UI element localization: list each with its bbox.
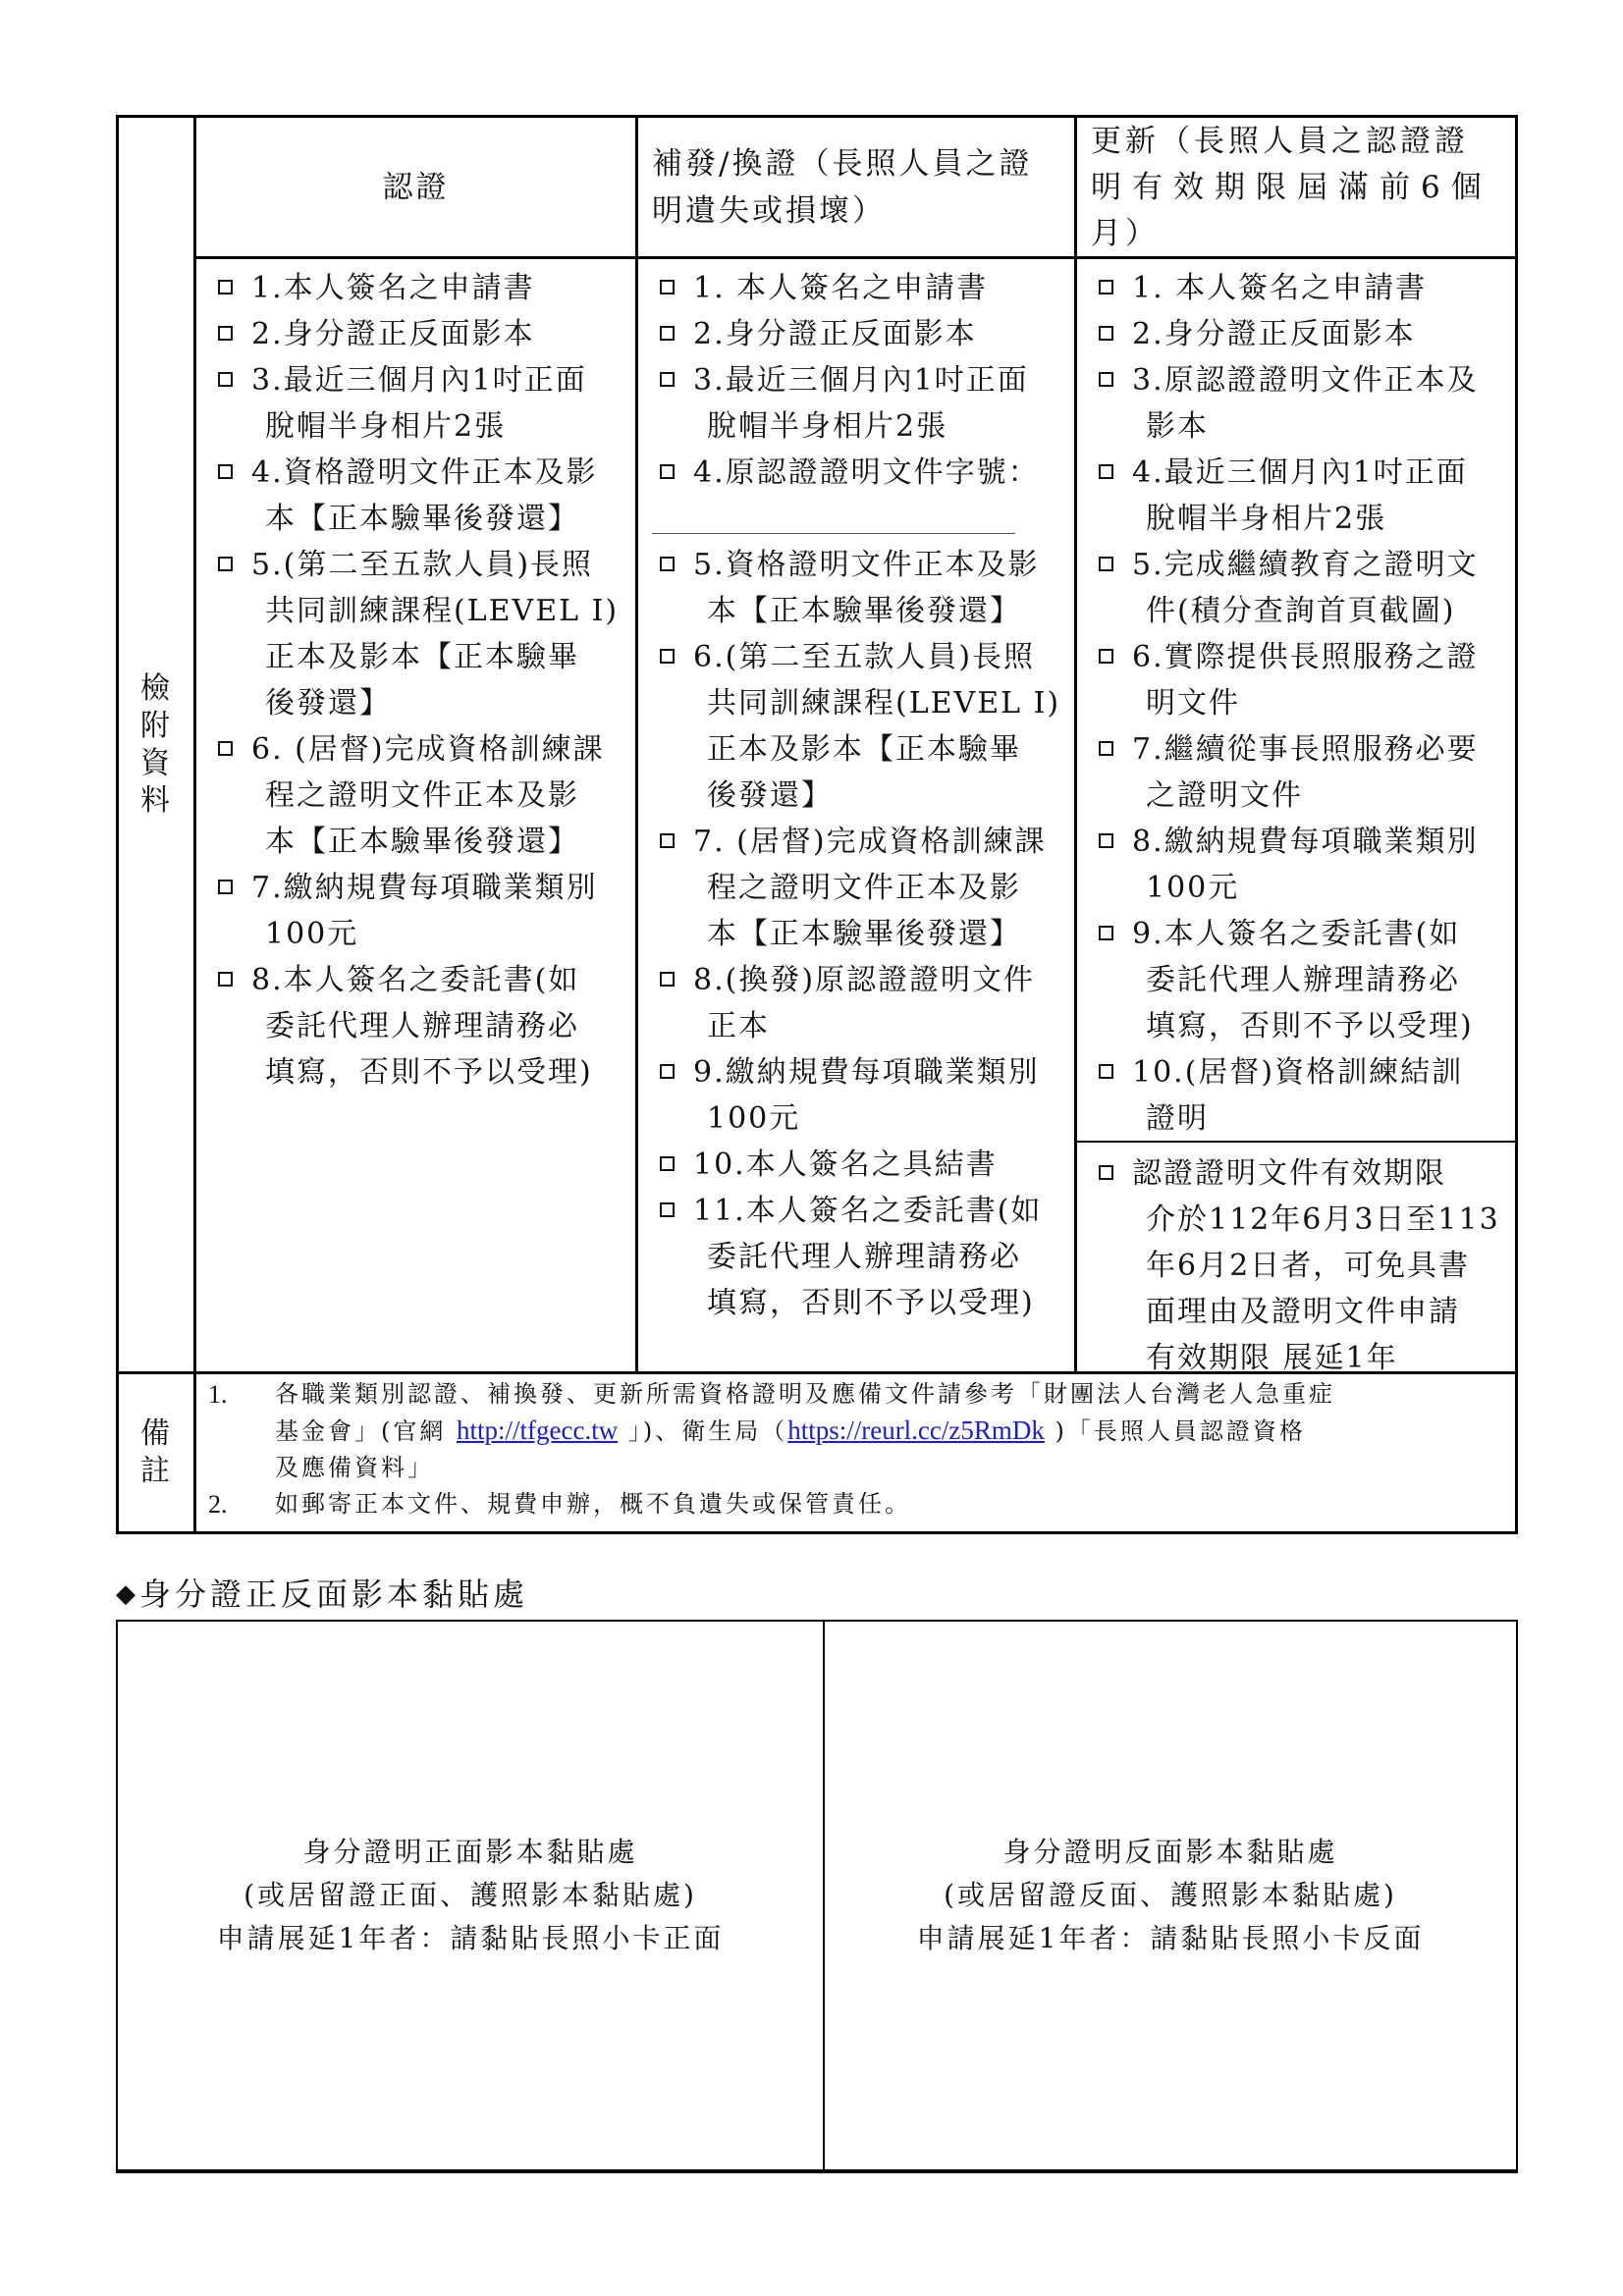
checkbox-icon[interactable] bbox=[1099, 372, 1113, 387]
checklist-item: 8.本人簽名之委託書(如委託代理人辦理請務必填寫，否則不予以受理) bbox=[210, 957, 622, 1095]
certification-checklist: 1.本人簽名之申請書 2.身分證正反面影本 3.最近三個月內1吋正面脫帽半身相片… bbox=[196, 259, 635, 1095]
checklist-item: 3.最近三個月內1吋正面脫帽半身相片2張 bbox=[652, 357, 1060, 450]
header-renewal: 更新（長照人員之認證證 明有效期限屆滿前6個 月） bbox=[1077, 118, 1518, 257]
paste-instruction: (或居留證反面、護照影本黏貼處) bbox=[944, 1874, 1397, 1917]
checklist-item: 5.資格證明文件正本及影本【正本驗畢後發還】 bbox=[652, 542, 1060, 634]
checklist-item: 認證證明文件有效期限介於112年6月3日至113年6月2日者，可免具書面理由及證… bbox=[1091, 1150, 1504, 1381]
checklist-item: 8.(換發)原認證證明文件正本 bbox=[652, 957, 1060, 1049]
checkbox-icon[interactable] bbox=[218, 280, 233, 294]
checklist-item: 3.最近三個月內1吋正面脫帽半身相片2張 bbox=[210, 357, 622, 450]
diamond-bullet-icon: ◆ bbox=[116, 1571, 135, 1618]
checklist-item: 10.本人簽名之具結書 bbox=[652, 1142, 1060, 1188]
checklist-item: 8.繳納規費每項職業類別100元 bbox=[1091, 819, 1504, 911]
checkbox-icon[interactable] bbox=[660, 972, 675, 987]
checklist-item: 4.資格證明文件正本及影本【正本驗畢後發還】 bbox=[210, 450, 622, 542]
paste-instruction: 身分證明反面影本黏貼處 bbox=[1002, 1831, 1337, 1874]
checkbox-icon[interactable] bbox=[218, 372, 233, 387]
checklist-item: 2.身分證正反面影本 bbox=[1091, 311, 1504, 357]
checkbox-icon[interactable] bbox=[1099, 557, 1113, 571]
checklist-item: 7.繳納規費每項職業類別100元 bbox=[210, 865, 622, 957]
id-paste-box: 身分證明正面影本黏貼處 (或居留證正面、護照影本黏貼處) 申請展延1年者：請黏貼… bbox=[116, 1620, 1518, 2173]
checklist-item: 4.原認證證明文件字號： bbox=[652, 450, 1060, 542]
checkbox-icon[interactable] bbox=[660, 372, 675, 387]
row-label-char: 資 bbox=[140, 745, 170, 782]
checklist-item: 5.(第二至五款人員)長照共同訓練課程(LEVEL I)正本及影本【正本驗畢後發… bbox=[210, 542, 622, 726]
remark-text: 如郵寄正本文件、規費申辦，概不負遺失或保管責任。 bbox=[275, 1486, 1502, 1522]
checklist-item: 3.原認證證明文件正本及影本 bbox=[1091, 357, 1504, 450]
id-paste-section-title: ◆ 身分證正反面影本黏貼處 bbox=[116, 1571, 528, 1618]
checkbox-icon[interactable] bbox=[1099, 464, 1113, 479]
remarks-content: 1. 各職業類別認證、補換發、更新所需資格證明及應備文件請參考「財團法人台灣老人… bbox=[194, 1374, 1516, 1531]
checkbox-icon[interactable] bbox=[1099, 833, 1113, 848]
checkbox-icon[interactable] bbox=[1099, 926, 1113, 940]
checkbox-icon[interactable] bbox=[1099, 326, 1113, 341]
remark-item: 2. 如郵寄正本文件、規費申辦，概不負遺失或保管責任。 bbox=[208, 1486, 1502, 1522]
header-line: 明有效期限屆滿前6個 bbox=[1091, 165, 1492, 211]
remark-text: 及應備資料」 bbox=[275, 1450, 1502, 1486]
header-label: 補發/換證（長照人員之證 明遺失或損壞） bbox=[652, 140, 1032, 235]
checkbox-icon[interactable] bbox=[218, 880, 233, 894]
row-label-char: 註 bbox=[140, 1453, 170, 1490]
original-cert-number-field[interactable] bbox=[652, 496, 1060, 542]
checklist-item: 4.最近三個月內1吋正面脫帽半身相片2張 bbox=[1091, 450, 1504, 542]
paste-instruction: 身分證明正面影本黏貼處 bbox=[302, 1831, 637, 1874]
health-bureau-link[interactable]: https://reurl.cc/z5RmDk bbox=[787, 1415, 1045, 1445]
row-label-char: 備 bbox=[140, 1415, 170, 1453]
checkbox-icon[interactable] bbox=[660, 280, 675, 294]
header-certification: 認證 bbox=[196, 118, 635, 257]
checklist-item: 7. (居督)完成資格訓練課程之證明文件正本及影本【正本驗畢後發還】 bbox=[652, 819, 1060, 957]
paste-instruction: 申請展延1年者：請黏貼長照小卡反面 bbox=[917, 1917, 1425, 1960]
checklist-item: 7.繼續從事長照服務必要之證明文件 bbox=[1091, 726, 1504, 819]
checkbox-icon[interactable] bbox=[218, 464, 233, 479]
checklist-item: 6. (居督)完成資格訓練課程之證明文件正本及影本【正本驗畢後發還】 bbox=[210, 726, 622, 865]
renewal-extension-option: 認證證明文件有效期限介於112年6月3日至113年6月2日者，可免具書面理由及證… bbox=[1077, 1145, 1518, 1381]
paste-instruction: 申請展延1年者：請黏貼長照小卡正面 bbox=[217, 1917, 725, 1960]
remarks-row-label: 備 註 bbox=[116, 1374, 194, 1531]
checklist-item: 1. 本人簽名之申請書 bbox=[652, 265, 1060, 311]
reissue-checklist: 1. 本人簽名之申請書 2.身分證正反面影本 3.最近三個月內1吋正面脫帽半身相… bbox=[638, 259, 1074, 1326]
checkbox-icon[interactable] bbox=[218, 326, 233, 341]
id-back-paste-area[interactable]: 身分證明反面影本黏貼處 (或居留證反面、護照影本黏貼處) 申請展延1年者：請黏貼… bbox=[825, 1622, 1516, 2169]
remark-item: 1. 各職業類別認證、補換發、更新所需資格證明及應備文件請參考「財團法人台灣老人… bbox=[208, 1376, 1502, 1486]
remark-number: 2. bbox=[208, 1486, 228, 1522]
section-title-text: 身分證正反面影本黏貼處 bbox=[139, 1571, 528, 1618]
header-line: 明遺失或損壞） bbox=[652, 187, 1032, 235]
remark-text: 各職業類別認證、補換發、更新所需資格證明及應備文件請參考「財團法人台灣老人急重症 bbox=[275, 1376, 1502, 1413]
header-label: 認證 bbox=[383, 164, 450, 211]
header-line: 補發/換證（長照人員之證 bbox=[652, 140, 1032, 187]
checkbox-icon[interactable] bbox=[1099, 280, 1113, 294]
header-reissue: 補發/換證（長照人員之證 明遺失或損壞） bbox=[638, 118, 1074, 257]
checkbox-icon[interactable] bbox=[218, 557, 233, 571]
remark-text: 基金會」(官網 http://tfgecc.tw 」)、衛生局（https://… bbox=[275, 1413, 1502, 1450]
row-label-char: 附 bbox=[140, 708, 170, 745]
checklist-item: 6.(第二至五款人員)長照共同訓練課程(LEVEL I)正本及影本【正本驗畢後發… bbox=[652, 634, 1060, 819]
checkbox-icon[interactable] bbox=[660, 464, 675, 479]
checklist-item: 1.本人簽名之申請書 bbox=[210, 265, 622, 311]
remark-number: 1. bbox=[208, 1376, 228, 1413]
checklist-item: 10.(居督)資格訓練結訓證明 bbox=[1091, 1049, 1504, 1142]
checklist-item: 9.繳納規費每項職業類別100元 bbox=[652, 1049, 1060, 1142]
checklist-item: 1. 本人簽名之申請書 bbox=[1091, 265, 1504, 311]
checklist-item: 9.本人簽名之委託書(如委託代理人辦理請務必填寫，否則不予以受理) bbox=[1091, 911, 1504, 1049]
tfgecc-link[interactable]: http://tfgecc.tw bbox=[457, 1415, 618, 1445]
paste-instruction: (或居留證正面、護照影本黏貼處) bbox=[243, 1874, 697, 1917]
checklist-item: 11.本人簽名之委託書(如委託代理人辦理請務必填寫，否則不予以受理) bbox=[652, 1188, 1060, 1326]
row-label-char: 檢 bbox=[140, 670, 170, 708]
checkbox-icon[interactable] bbox=[660, 1156, 675, 1171]
checkbox-icon[interactable] bbox=[660, 833, 675, 848]
header-line: 月） bbox=[1091, 211, 1492, 257]
attachments-row-label: 檢 附 資 料 bbox=[116, 118, 194, 1371]
checkbox-icon[interactable] bbox=[660, 557, 675, 571]
checklist-item: 2.身分證正反面影本 bbox=[210, 311, 622, 357]
checkbox-icon[interactable] bbox=[1099, 649, 1113, 664]
checkbox-icon[interactable] bbox=[218, 972, 233, 987]
header-label: 更新（長照人員之認證證 明有效期限屆滿前6個 月） bbox=[1091, 119, 1492, 257]
checkbox-icon[interactable] bbox=[660, 1064, 675, 1079]
checklist-item: 5.完成繼續教育之證明文件(積分查詢首頁截圖) bbox=[1091, 542, 1504, 634]
header-line: 更新（長照人員之認證證 bbox=[1091, 119, 1492, 165]
checkbox-icon[interactable] bbox=[1099, 741, 1113, 756]
renewal-checklist: 1. 本人簽名之申請書 2.身分證正反面影本 3.原認證證明文件正本及影本 4.… bbox=[1077, 259, 1518, 1142]
checkbox-icon[interactable] bbox=[660, 649, 675, 664]
checklist-item: 2.身分證正反面影本 bbox=[652, 311, 1060, 357]
checkbox-icon[interactable] bbox=[660, 326, 675, 341]
id-front-paste-area[interactable]: 身分證明正面影本黏貼處 (或居留證正面、護照影本黏貼處) 申請展延1年者：請黏貼… bbox=[118, 1622, 825, 2169]
checkbox-icon[interactable] bbox=[1099, 1165, 1113, 1180]
checklist-item: 6.實際提供長照服務之證明文件 bbox=[1091, 634, 1504, 726]
checkbox-icon[interactable] bbox=[218, 741, 233, 756]
row-label-char: 料 bbox=[140, 782, 170, 820]
checkbox-icon[interactable] bbox=[660, 1202, 675, 1217]
checkbox-icon[interactable] bbox=[1099, 1064, 1113, 1079]
